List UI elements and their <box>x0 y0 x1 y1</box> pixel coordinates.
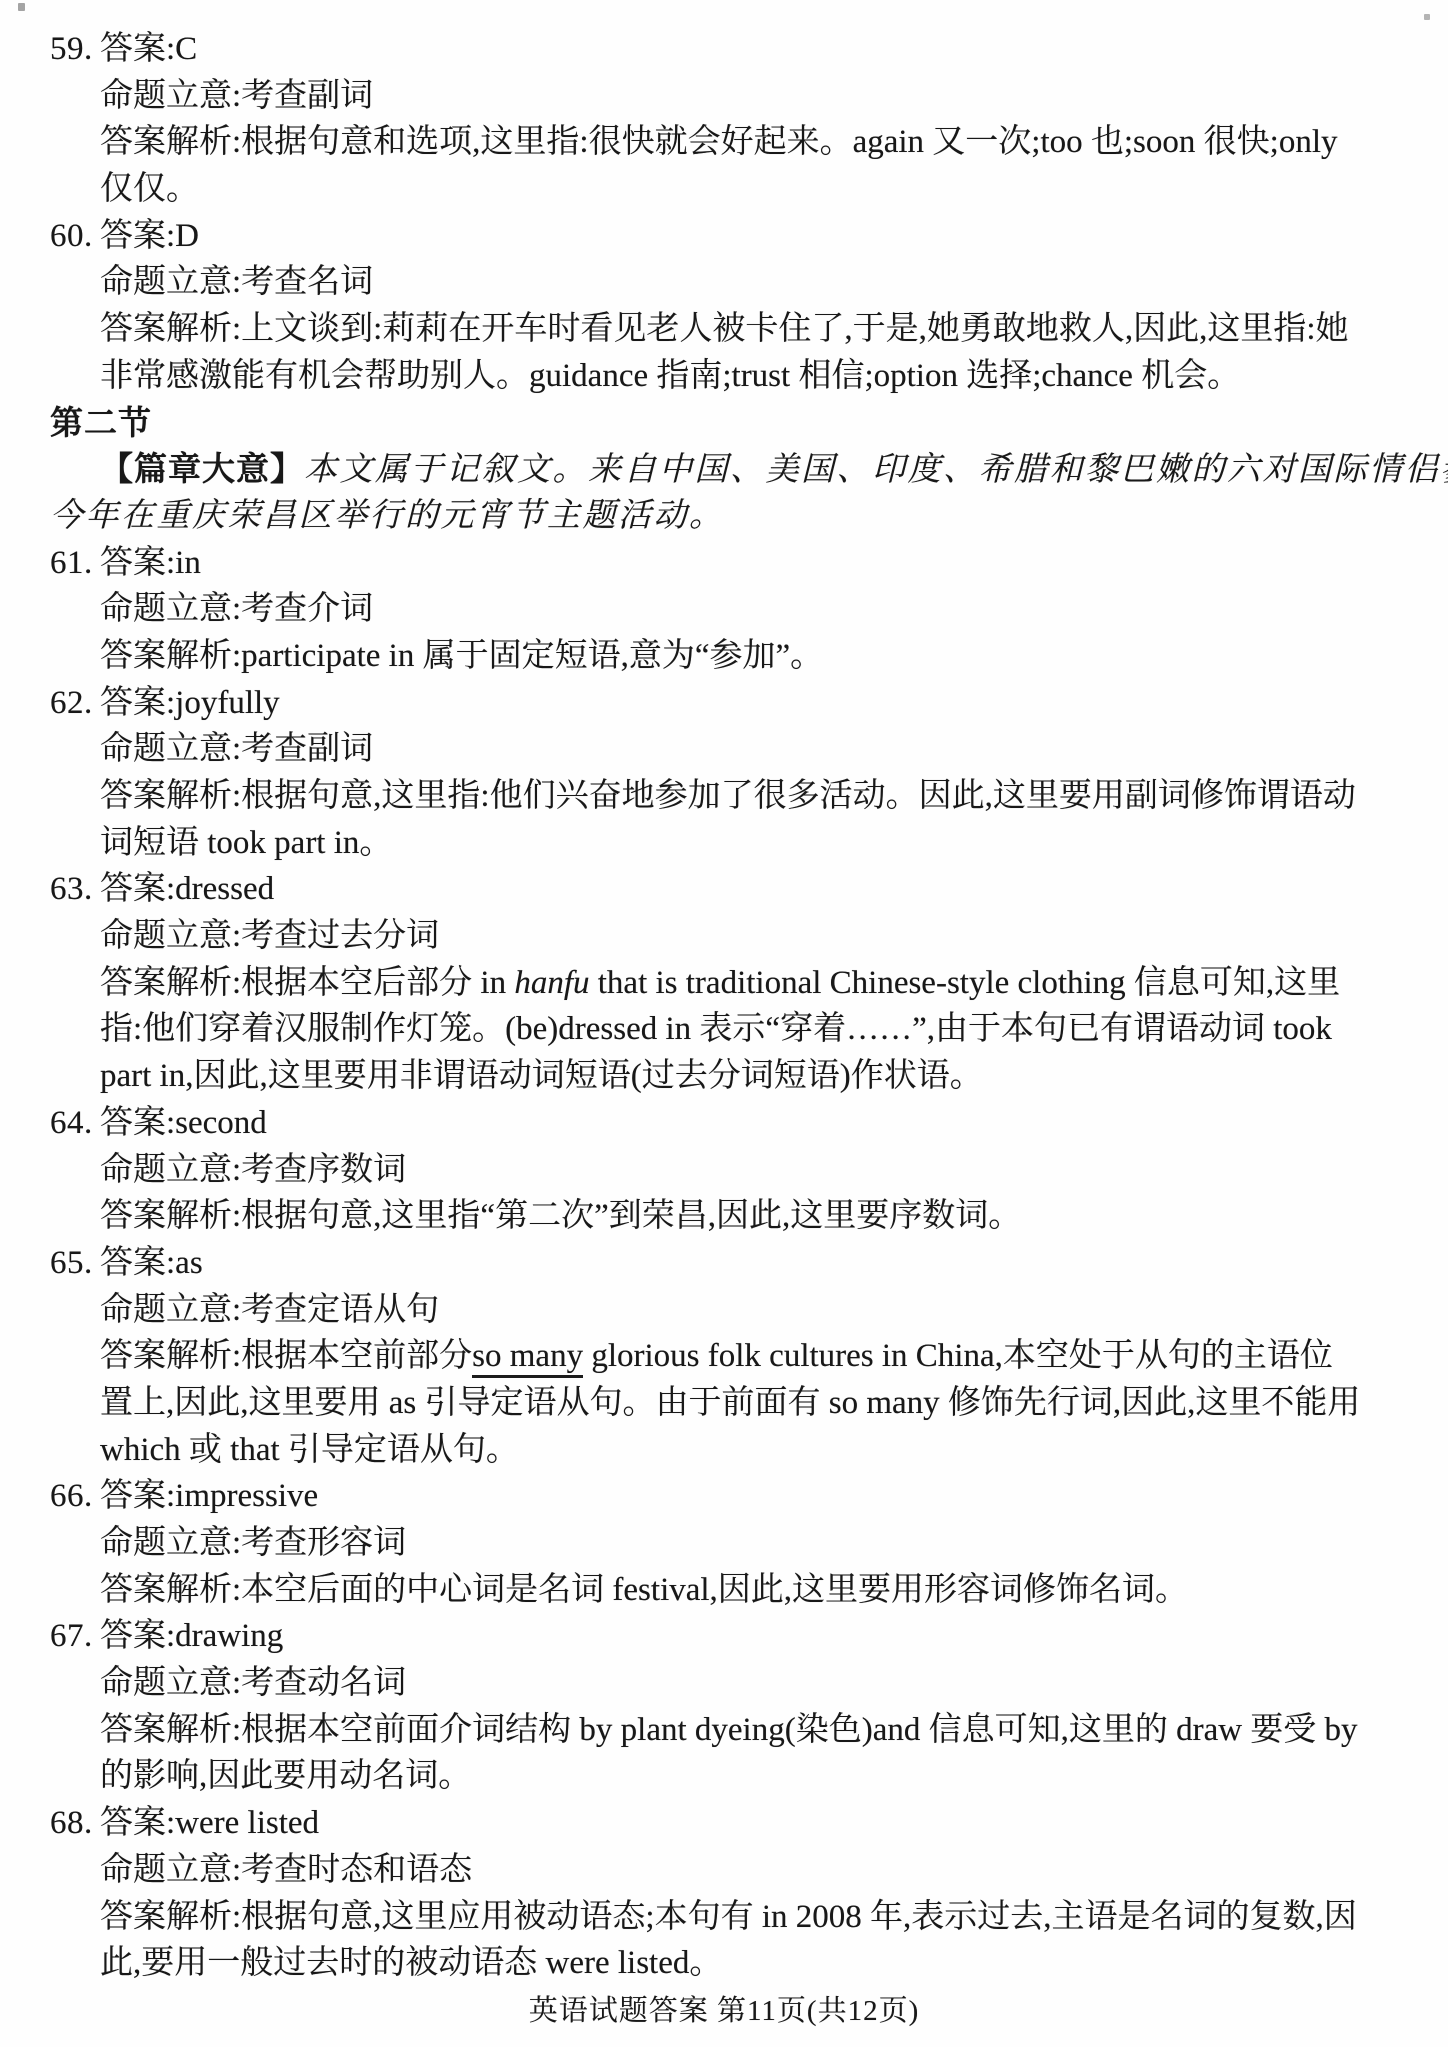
item-68-intent: 命题立意:考查时态和语态 <box>50 1847 1418 1894</box>
text-segment: that is traditional Chinese-style clothi… <box>590 965 1341 1001</box>
section-2-heading: 第二节 <box>50 400 1418 447</box>
item-62-answer: 62.答案:joyfully <box>50 680 1418 727</box>
text-segment: 答案:second <box>100 1105 267 1141</box>
item-63-intent: 命题立意:考查过去分词 <box>50 913 1418 960</box>
text-segment: 今年在重庆荣昌区举行的元宵节主题活动。 <box>50 498 725 534</box>
passage-summary-line-2: 今年在重庆荣昌区举行的元宵节主题活动。 <box>50 493 1418 540</box>
text-segment: 答案解析:根据本空前面介词结构 by plant dyeing(染色)and 信… <box>100 1712 1358 1748</box>
item-65-answer: 65.答案:as <box>50 1240 1418 1287</box>
text-segment: 答案解析:根据句意和选项,这里指:很快就会好起来。again 又一次;too 也… <box>100 124 1337 160</box>
item-59-analysis-line-1: 答案解析:根据句意和选项,这里指:很快就会好起来。again 又一次;too 也… <box>50 119 1418 166</box>
text-segment: 指:他们穿着汉服制作灯笼。(be)dressed in 表示“穿着……”,由于本… <box>100 1011 1332 1047</box>
footer-text: 英语试题答案 第11页(共12页) <box>529 1995 920 2027</box>
item-64-answer: 64.答案:second <box>50 1100 1418 1147</box>
text-segment: 答案解析:根据本空前部分 <box>100 1338 472 1374</box>
item-65-analysis-line-2: 置上,因此,这里要用 as 引导定语从句。由于前面有 so many 修饰先行词… <box>50 1380 1418 1427</box>
text-segment: 答案解析:根据本空后部分 in <box>100 965 514 1001</box>
text-segment: 词短语 took part in。 <box>100 825 392 861</box>
text-segment: 答案:were listed <box>100 1805 319 1841</box>
text-segment: 答案:joyfully <box>100 685 280 721</box>
text-segment: part in,因此,这里要用非谓语动词短语(过去分词短语)作状语。 <box>100 1058 983 1094</box>
text-segment: 命题立意:考查序数词 <box>100 1152 406 1188</box>
item-63-analysis-line-2: 指:他们穿着汉服制作灯笼。(be)dressed in 表示“穿着……”,由于本… <box>50 1006 1418 1053</box>
text-segment: 答案:D <box>100 218 199 254</box>
page-footer: 英语试题答案 第11页(共12页) <box>0 1988 1448 2029</box>
question-number: 67. <box>50 1613 100 1660</box>
question-number: 60. <box>50 213 100 260</box>
item-59-analysis-line-2: 仅仅。 <box>50 166 1418 213</box>
question-number: 63. <box>50 866 100 913</box>
passage-summary-line-1: 【篇章大意】本文属于记叙文。来自中国、美国、印度、希腊和黎巴嫩的六对国际情侣参加… <box>50 446 1418 493</box>
text-segment: 答案:dressed <box>100 871 274 907</box>
text-segment: 答案:as <box>100 1245 203 1281</box>
text-segment: 本文属于记叙文。来自中国、美国、印度、希腊和黎巴嫩的六对国际情侣参加了 <box>304 452 1448 488</box>
item-61-intent: 命题立意:考查介词 <box>50 586 1418 633</box>
item-67-answer: 67.答案:drawing <box>50 1613 1418 1660</box>
item-61-analysis-line-1: 答案解析:participate in 属于固定短语,意为“参加”。 <box>50 633 1418 680</box>
question-number: 68. <box>50 1800 100 1847</box>
item-60-analysis-line-2: 非常感激能有机会帮助别人。guidance 指南;trust 相信;option… <box>50 353 1418 400</box>
text-segment: 命题立意:考查形容词 <box>100 1525 406 1561</box>
item-63-analysis-line-1: 答案解析:根据本空后部分 in hanfu that is traditiona… <box>50 960 1418 1007</box>
item-68-analysis-line-2: 此,要用一般过去时的被动语态 were listed。 <box>50 1940 1418 1987</box>
text-segment: 命题立意:考查定语从句 <box>100 1292 439 1328</box>
text-segment: 此,要用一般过去时的被动语态 were listed。 <box>100 1945 722 1981</box>
text-segment: 答案解析:根据句意,这里指:他们兴奋地参加了很多活动。因此,这里要用副词修饰谓语… <box>100 778 1356 814</box>
item-62-analysis-line-1: 答案解析:根据句意,这里指:他们兴奋地参加了很多活动。因此,这里要用副词修饰谓语… <box>50 773 1418 820</box>
question-number: 64. <box>50 1100 100 1147</box>
text-segment: glorious folk cultures in China,本空处于从句的主… <box>583 1338 1333 1374</box>
text-segment: hanfu <box>514 965 589 1001</box>
item-66-analysis-line-1: 答案解析:本空后面的中心词是名词 festival,因此,这里要用形容词修饰名词… <box>50 1567 1418 1614</box>
item-63-answer: 63.答案:dressed <box>50 866 1418 913</box>
item-63-analysis-line-3: part in,因此,这里要用非谓语动词短语(过去分词短语)作状语。 <box>50 1053 1418 1100</box>
scanned-answer-page: 59.答案:C命题立意:考查副词答案解析:根据句意和选项,这里指:很快就会好起来… <box>0 0 1448 2047</box>
item-60-answer: 60.答案:D <box>50 213 1418 260</box>
item-66-intent: 命题立意:考查形容词 <box>50 1520 1418 1567</box>
text-segment: 命题立意:考查介词 <box>100 591 373 627</box>
item-62-intent: 命题立意:考查副词 <box>50 726 1418 773</box>
text-segment: 命题立意:考查时态和语态 <box>100 1852 472 1888</box>
text-segment: 仅仅。 <box>100 171 199 207</box>
item-67-intent: 命题立意:考查动名词 <box>50 1660 1418 1707</box>
item-65-intent: 命题立意:考查定语从句 <box>50 1287 1418 1334</box>
text-segment: 置上,因此,这里要用 as 引导定语从句。由于前面有 so many 修饰先行词… <box>100 1385 1360 1421</box>
text-segment: 答案:impressive <box>100 1478 318 1514</box>
text-segment: which 或 that 引导定语从句。 <box>100 1432 519 1468</box>
item-61-answer: 61.答案:in <box>50 540 1418 587</box>
question-number: 59. <box>50 26 100 73</box>
item-64-intent: 命题立意:考查序数词 <box>50 1147 1418 1194</box>
item-65-analysis-line-1: 答案解析:根据本空前部分so many glorious folk cultur… <box>50 1333 1418 1380</box>
question-number: 65. <box>50 1240 100 1287</box>
text-segment: 答案解析:上文谈到:莉莉在开车时看见老人被卡住了,于是,她勇敢地救人,因此,这里… <box>100 311 1349 347</box>
scan-artifact <box>18 3 25 11</box>
item-59-intent: 命题立意:考查副词 <box>50 73 1418 120</box>
question-number: 61. <box>50 540 100 587</box>
item-60-intent: 命题立意:考查名词 <box>50 259 1418 306</box>
text-segment: 命题立意:考查副词 <box>100 731 373 767</box>
question-number: 66. <box>50 1473 100 1520</box>
text-segment: 的影响,因此要用动名词。 <box>100 1758 471 1794</box>
text-segment: 答案解析:根据句意,这里指“第二次”到荣昌,因此,这里要序数词。 <box>100 1198 1021 1234</box>
answer-lines: 59.答案:C命题立意:考查副词答案解析:根据句意和选项,这里指:很快就会好起来… <box>50 26 1418 1987</box>
text-segment: 答案解析:本空后面的中心词是名词 festival,因此,这里要用形容词修饰名词… <box>100 1572 1188 1608</box>
item-65-analysis-line-3: which 或 that 引导定语从句。 <box>50 1427 1418 1474</box>
item-67-analysis-line-2: 的影响,因此要用动名词。 <box>50 1753 1418 1800</box>
text-segment: 答案解析:根据句意,这里应用被动语态;本句有 in 2008 年,表示过去,主语… <box>100 1899 1357 1935</box>
question-number: 62. <box>50 680 100 727</box>
text-segment: 第二节 <box>50 404 152 441</box>
text-segment: 命题立意:考查动名词 <box>100 1665 406 1701</box>
item-68-analysis-line-1: 答案解析:根据句意,这里应用被动语态;本句有 in 2008 年,表示过去,主语… <box>50 1894 1418 1941</box>
item-64-analysis-line-1: 答案解析:根据句意,这里指“第二次”到荣昌,因此,这里要序数词。 <box>50 1193 1418 1240</box>
text-segment: 答案解析:participate in 属于固定短语,意为“参加”。 <box>100 638 823 674</box>
text-segment: 命题立意:考查名词 <box>100 264 373 300</box>
scan-artifact <box>1424 14 1430 20</box>
text-segment: 答案:C <box>100 31 197 67</box>
text-segment: 【篇章大意】 <box>100 450 304 487</box>
text-segment: 答案:in <box>100 545 201 581</box>
item-60-analysis-line-1: 答案解析:上文谈到:莉莉在开车时看见老人被卡住了,于是,她勇敢地救人,因此,这里… <box>50 306 1418 353</box>
item-62-analysis-line-2: 词短语 took part in。 <box>50 820 1418 867</box>
item-59-answer: 59.答案:C <box>50 26 1418 73</box>
text-segment: 非常感激能有机会帮助别人。guidance 指南;trust 相信;option… <box>100 358 1240 394</box>
item-68-answer: 68.答案:were listed <box>50 1800 1418 1847</box>
text-segment: 答案:drawing <box>100 1618 283 1654</box>
text-segment: 命题立意:考查过去分词 <box>100 918 439 954</box>
text-segment: 命题立意:考查副词 <box>100 78 373 114</box>
item-66-answer: 66.答案:impressive <box>50 1473 1418 1520</box>
item-67-analysis-line-1: 答案解析:根据本空前面介词结构 by plant dyeing(染色)and 信… <box>50 1707 1418 1754</box>
underlined-phrase: so many <box>472 1338 583 1378</box>
